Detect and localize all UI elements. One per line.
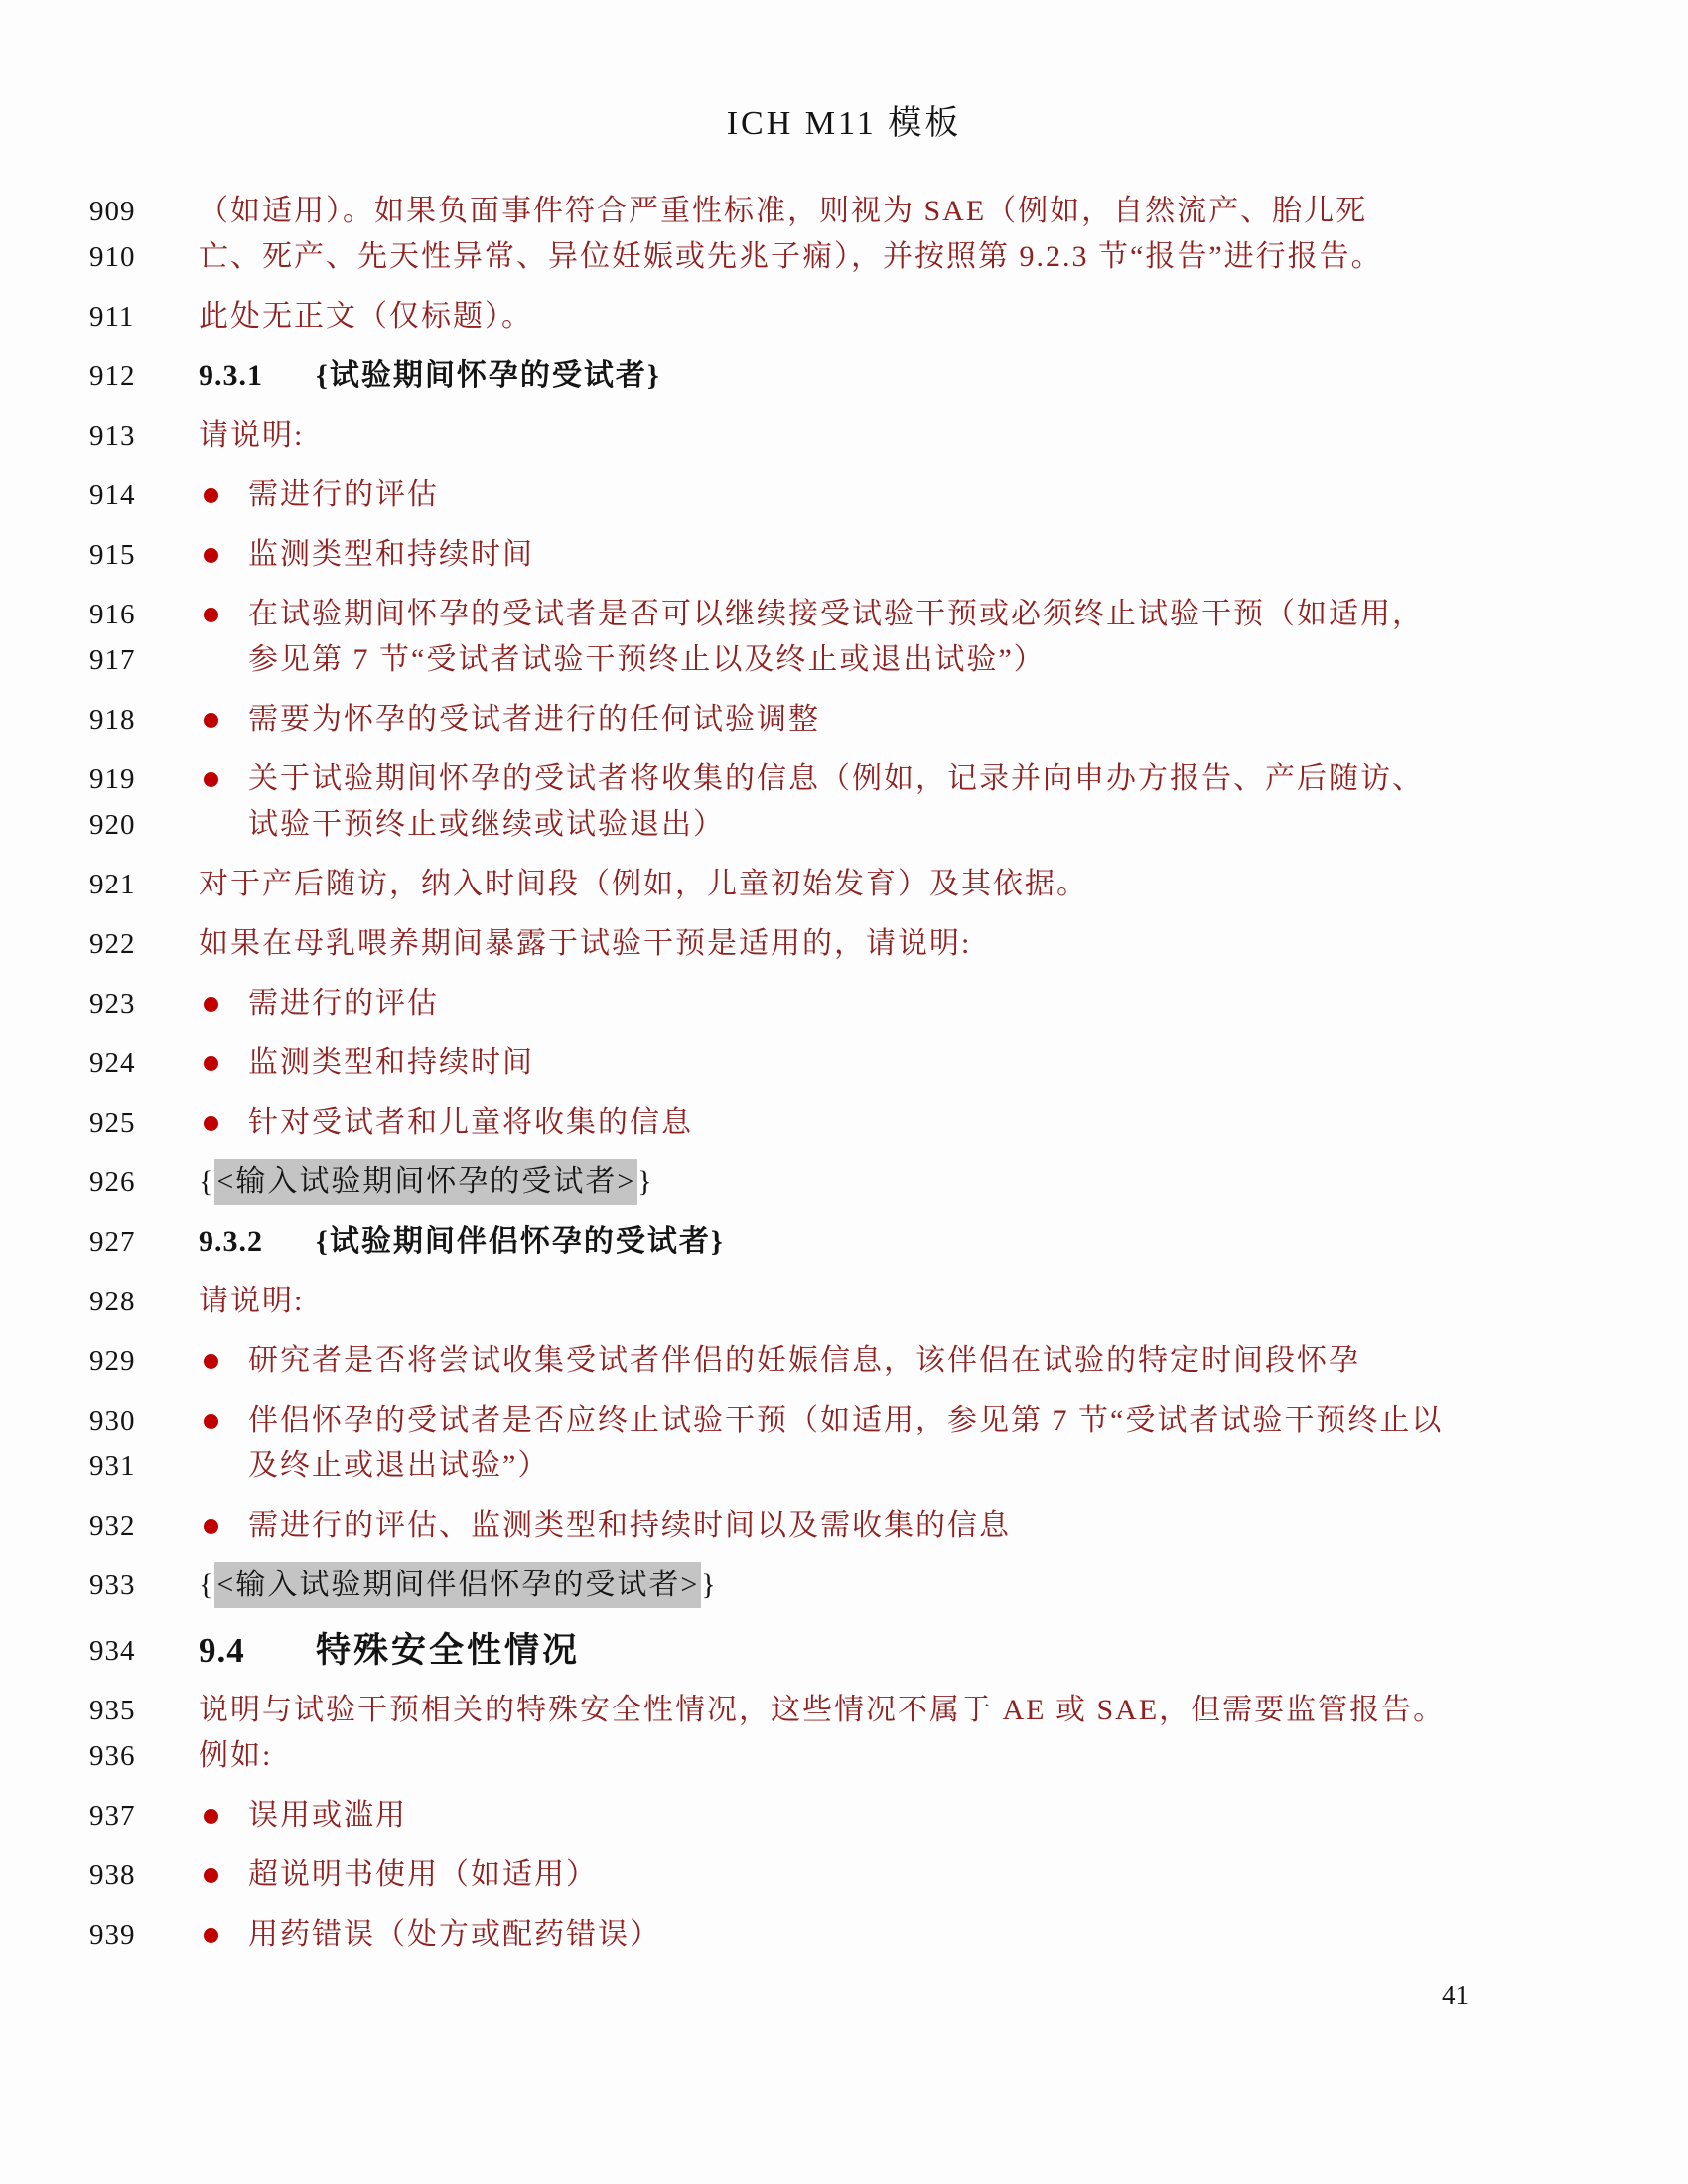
document-line: 917参见第 7 节“受试者试验干预终止以及终止或退出试验”） bbox=[89, 637, 1609, 683]
bullet-icon bbox=[204, 713, 218, 728]
paragraph-text: 说明与试验干预相关的特殊安全性情况，这些情况不属于 AE 或 SAE，但需要监管… bbox=[199, 1688, 1445, 1733]
line-number: 919 bbox=[89, 756, 199, 802]
bullet-text: 监测类型和持续时间 bbox=[248, 1040, 534, 1086]
document-line: 931及终止或退出试验”） bbox=[89, 1443, 1609, 1489]
placeholder-close-brace: } bbox=[637, 1165, 653, 1198]
paragraph-text: 亡、死产、先天性异常、异位妊娠或先兆子痫），并按照第 9.2.3 节“报告”进行… bbox=[199, 234, 1383, 280]
bullet-icon bbox=[204, 1354, 218, 1369]
document-line: 9349.4特殊安全性情况 bbox=[89, 1628, 1609, 1674]
line-number: 927 bbox=[89, 1219, 199, 1265]
document-line: 913请说明: bbox=[89, 413, 1609, 459]
document-line: 935说明与试验干预相关的特殊安全性情况，这些情况不属于 AE 或 SAE，但需… bbox=[89, 1688, 1609, 1733]
placeholder-highlighted-text: <输入试验期间伴侣怀孕的受试者> bbox=[214, 1562, 701, 1608]
bullet-item: 针对受试者和儿童将收集的信息 bbox=[199, 1100, 693, 1146]
bullet-text-continuation: 试验干预终止或继续或试验退出） bbox=[199, 802, 725, 848]
bullet-item: 需进行的评估 bbox=[199, 981, 439, 1026]
document-header-title: ICH M11 模板 bbox=[0, 95, 1688, 144]
bullet-item: 伴侣怀孕的受试者是否应终止试验干预（如适用，参见第 7 节“受试者试验干预终止以 bbox=[199, 1398, 1443, 1443]
document-line: 925针对受试者和儿童将收集的信息 bbox=[89, 1100, 1609, 1146]
line-number: 932 bbox=[89, 1503, 199, 1549]
bullet-item: 监测类型和持续时间 bbox=[199, 532, 534, 578]
bullet-text: 监测类型和持续时间 bbox=[248, 532, 534, 578]
bullet-text: 在试验期间怀孕的受试者是否可以继续接受试验干预或必须终止试验干预（如适用， bbox=[248, 592, 1424, 637]
bullet-icon bbox=[204, 1928, 218, 1943]
document-line: 938超说明书使用（如适用） bbox=[89, 1852, 1609, 1898]
bullet-item: 在试验期间怀孕的受试者是否可以继续接受试验干预或必须终止试验干预（如适用， bbox=[199, 592, 1424, 637]
placeholder-field: {<输入试验期间伴侣怀孕的受试者>} bbox=[199, 1563, 718, 1608]
bullet-item: 研究者是否将尝试收集受试者伴侣的妊娠信息，该伴侣在试验的特定时间段怀孕 bbox=[199, 1338, 1360, 1384]
document-line: 922如果在母乳喂养期间暴露于试验干预是适用的，请说明: bbox=[89, 921, 1609, 967]
bullet-text: 针对受试者和儿童将收集的信息 bbox=[248, 1100, 693, 1146]
line-number: 910 bbox=[89, 234, 199, 280]
document-line: 920试验干预终止或继续或试验退出） bbox=[89, 802, 1609, 848]
bullet-icon bbox=[204, 608, 218, 622]
bullet-item: 用药错误（处方或配药错误） bbox=[199, 1912, 661, 1958]
document-line: 929研究者是否将尝试收集受试者伴侣的妊娠信息，该伴侣在试验的特定时间段怀孕 bbox=[89, 1338, 1609, 1384]
paragraph-text: 请说明: bbox=[199, 413, 304, 459]
document-line: 911此处无正文（仅标题）。 bbox=[89, 294, 1609, 340]
line-number: 909 bbox=[89, 189, 199, 234]
bullet-icon bbox=[204, 772, 218, 787]
bullet-text: 需进行的评估、监测类型和持续时间以及需收集的信息 bbox=[248, 1503, 1011, 1549]
line-number: 923 bbox=[89, 981, 199, 1026]
section-title: 特殊安全性情况 bbox=[316, 1628, 580, 1674]
line-number: 925 bbox=[89, 1100, 199, 1146]
paragraph-text: 请说明: bbox=[199, 1279, 304, 1324]
document-line: 909（如适用）。如果负面事件符合严重性标准，则视为 SAE（例如，自然流产、胎… bbox=[89, 189, 1609, 234]
document-line: 9279.3.2{试验期间伴侣怀孕的受试者} bbox=[89, 1219, 1609, 1265]
document-line: 933{<输入试验期间伴侣怀孕的受试者>} bbox=[89, 1563, 1609, 1608]
bullet-text: 需要为怀孕的受试者进行的任何试验调整 bbox=[248, 697, 820, 743]
bullet-text: 伴侣怀孕的受试者是否应终止试验干预（如适用，参见第 7 节“受试者试验干预终止以 bbox=[248, 1398, 1443, 1443]
bullet-icon bbox=[204, 1809, 218, 1824]
bullet-text: 研究者是否将尝试收集受试者伴侣的妊娠信息，该伴侣在试验的特定时间段怀孕 bbox=[248, 1338, 1360, 1384]
line-number: 918 bbox=[89, 697, 199, 743]
bullet-text: 用药错误（处方或配药错误） bbox=[248, 1912, 661, 1958]
line-number: 930 bbox=[89, 1398, 199, 1443]
bullet-icon bbox=[204, 548, 218, 563]
line-number: 939 bbox=[89, 1912, 199, 1958]
bullet-text: 误用或滥用 bbox=[248, 1793, 407, 1839]
document-line: 937误用或滥用 bbox=[89, 1793, 1609, 1839]
placeholder-open-brace: { bbox=[199, 1165, 214, 1198]
line-number: 938 bbox=[89, 1852, 199, 1898]
section-title: {试验期间怀孕的受试者} bbox=[316, 353, 661, 399]
section-number: 9.4 bbox=[199, 1628, 316, 1674]
line-number: 934 bbox=[89, 1628, 199, 1674]
document-line: 910亡、死产、先天性异常、异位妊娠或先兆子痫），并按照第 9.2.3 节“报告… bbox=[89, 234, 1609, 280]
line-number: 913 bbox=[89, 413, 199, 459]
bullet-item: 需要为怀孕的受试者进行的任何试验调整 bbox=[199, 697, 820, 743]
bullet-icon bbox=[204, 1414, 218, 1429]
document-line: 924监测类型和持续时间 bbox=[89, 1040, 1609, 1086]
bullet-item: 关于试验期间怀孕的受试者将收集的信息（例如，记录并向申办方报告、产后随访、 bbox=[199, 756, 1424, 802]
line-number: 924 bbox=[89, 1040, 199, 1086]
section-number: 9.3.2 bbox=[199, 1219, 316, 1265]
document-line: 919关于试验期间怀孕的受试者将收集的信息（例如，记录并向申办方报告、产后随访、 bbox=[89, 756, 1609, 802]
document-line: 936例如: bbox=[89, 1733, 1609, 1779]
bullet-item: 超说明书使用（如适用） bbox=[199, 1852, 598, 1898]
document-line: 918需要为怀孕的受试者进行的任何试验调整 bbox=[89, 697, 1609, 743]
bullet-text-continuation: 参见第 7 节“受试者试验干预终止以及终止或退出试验”） bbox=[199, 637, 1046, 683]
line-number: 922 bbox=[89, 921, 199, 967]
bullet-icon bbox=[204, 1116, 218, 1131]
line-number: 911 bbox=[89, 294, 199, 340]
document-line: 928请说明: bbox=[89, 1279, 1609, 1324]
placeholder-open-brace: { bbox=[199, 1569, 214, 1601]
paragraph-text: 如果在母乳喂养期间暴露于试验干预是适用的，请说明: bbox=[199, 921, 971, 967]
placeholder-highlighted-text: <输入试验期间怀孕的受试者> bbox=[214, 1159, 637, 1205]
line-number: 929 bbox=[89, 1338, 199, 1384]
document-line: 939用药错误（处方或配药错误） bbox=[89, 1912, 1609, 1958]
line-number: 935 bbox=[89, 1688, 199, 1733]
document-line: 923需进行的评估 bbox=[89, 981, 1609, 1026]
document-body: 909（如适用）。如果负面事件符合严重性标准，则视为 SAE（例如，自然流产、胎… bbox=[89, 189, 1609, 1958]
line-number: 920 bbox=[89, 802, 199, 848]
section-title: {试验期间伴侣怀孕的受试者} bbox=[316, 1219, 725, 1265]
document-line: 926{<输入试验期间怀孕的受试者>} bbox=[89, 1160, 1609, 1205]
bullet-text: 需进行的评估 bbox=[248, 473, 439, 518]
document-line: 914需进行的评估 bbox=[89, 473, 1609, 518]
document-line: 9129.3.1{试验期间怀孕的受试者} bbox=[89, 353, 1609, 399]
line-number: 933 bbox=[89, 1563, 199, 1608]
document-line: 916在试验期间怀孕的受试者是否可以继续接受试验干预或必须终止试验干预（如适用， bbox=[89, 592, 1609, 637]
page-number: 41 bbox=[1442, 1980, 1469, 2011]
line-number: 921 bbox=[89, 862, 199, 907]
bullet-item: 误用或滥用 bbox=[199, 1793, 407, 1839]
document-line: 921对于产后随访，纳入时间段（例如，儿童初始发育）及其依据。 bbox=[89, 862, 1609, 907]
bullet-icon bbox=[204, 997, 218, 1012]
bullet-text: 超说明书使用（如适用） bbox=[248, 1852, 598, 1898]
line-number: 912 bbox=[89, 353, 199, 399]
paragraph-text: 例如: bbox=[199, 1733, 272, 1779]
bullet-icon bbox=[204, 1056, 218, 1071]
paragraph-text: 对于产后随访，纳入时间段（例如，儿童初始发育）及其依据。 bbox=[199, 862, 1088, 907]
line-number: 915 bbox=[89, 532, 199, 578]
bullet-text: 关于试验期间怀孕的受试者将收集的信息（例如，记录并向申办方报告、产后随访、 bbox=[248, 756, 1424, 802]
paragraph-text: 此处无正文（仅标题）。 bbox=[199, 294, 533, 340]
line-number: 936 bbox=[89, 1733, 199, 1779]
bullet-text-continuation: 及终止或退出试验”） bbox=[199, 1443, 549, 1489]
bullet-icon bbox=[204, 1868, 218, 1883]
bullet-item: 需进行的评估 bbox=[199, 473, 439, 518]
placeholder-close-brace: } bbox=[701, 1569, 717, 1601]
line-number: 931 bbox=[89, 1443, 199, 1489]
bullet-icon bbox=[204, 488, 218, 503]
line-number: 917 bbox=[89, 637, 199, 683]
bullet-item: 需进行的评估、监测类型和持续时间以及需收集的信息 bbox=[199, 1503, 1011, 1549]
line-number: 926 bbox=[89, 1160, 199, 1205]
document-line: 930伴侣怀孕的受试者是否应终止试验干预（如适用，参见第 7 节“受试者试验干预… bbox=[89, 1398, 1609, 1443]
document-line: 932需进行的评估、监测类型和持续时间以及需收集的信息 bbox=[89, 1503, 1609, 1549]
bullet-text: 需进行的评估 bbox=[248, 981, 439, 1026]
line-number: 916 bbox=[89, 592, 199, 637]
line-number: 928 bbox=[89, 1279, 199, 1324]
bullet-item: 监测类型和持续时间 bbox=[199, 1040, 534, 1086]
section-number: 9.3.1 bbox=[199, 353, 316, 399]
paragraph-text: （如适用）。如果负面事件符合严重性标准，则视为 SAE（例如，自然流产、胎儿死 bbox=[199, 189, 1367, 234]
document-line: 915监测类型和持续时间 bbox=[89, 532, 1609, 578]
document-page: ICH M11 模板 909（如适用）。如果负面事件符合严重性标准，则视为 SA… bbox=[0, 0, 1688, 2184]
placeholder-field: {<输入试验期间怀孕的受试者>} bbox=[199, 1160, 654, 1205]
line-number: 937 bbox=[89, 1793, 199, 1839]
line-number: 914 bbox=[89, 473, 199, 518]
bullet-icon bbox=[204, 1519, 218, 1534]
